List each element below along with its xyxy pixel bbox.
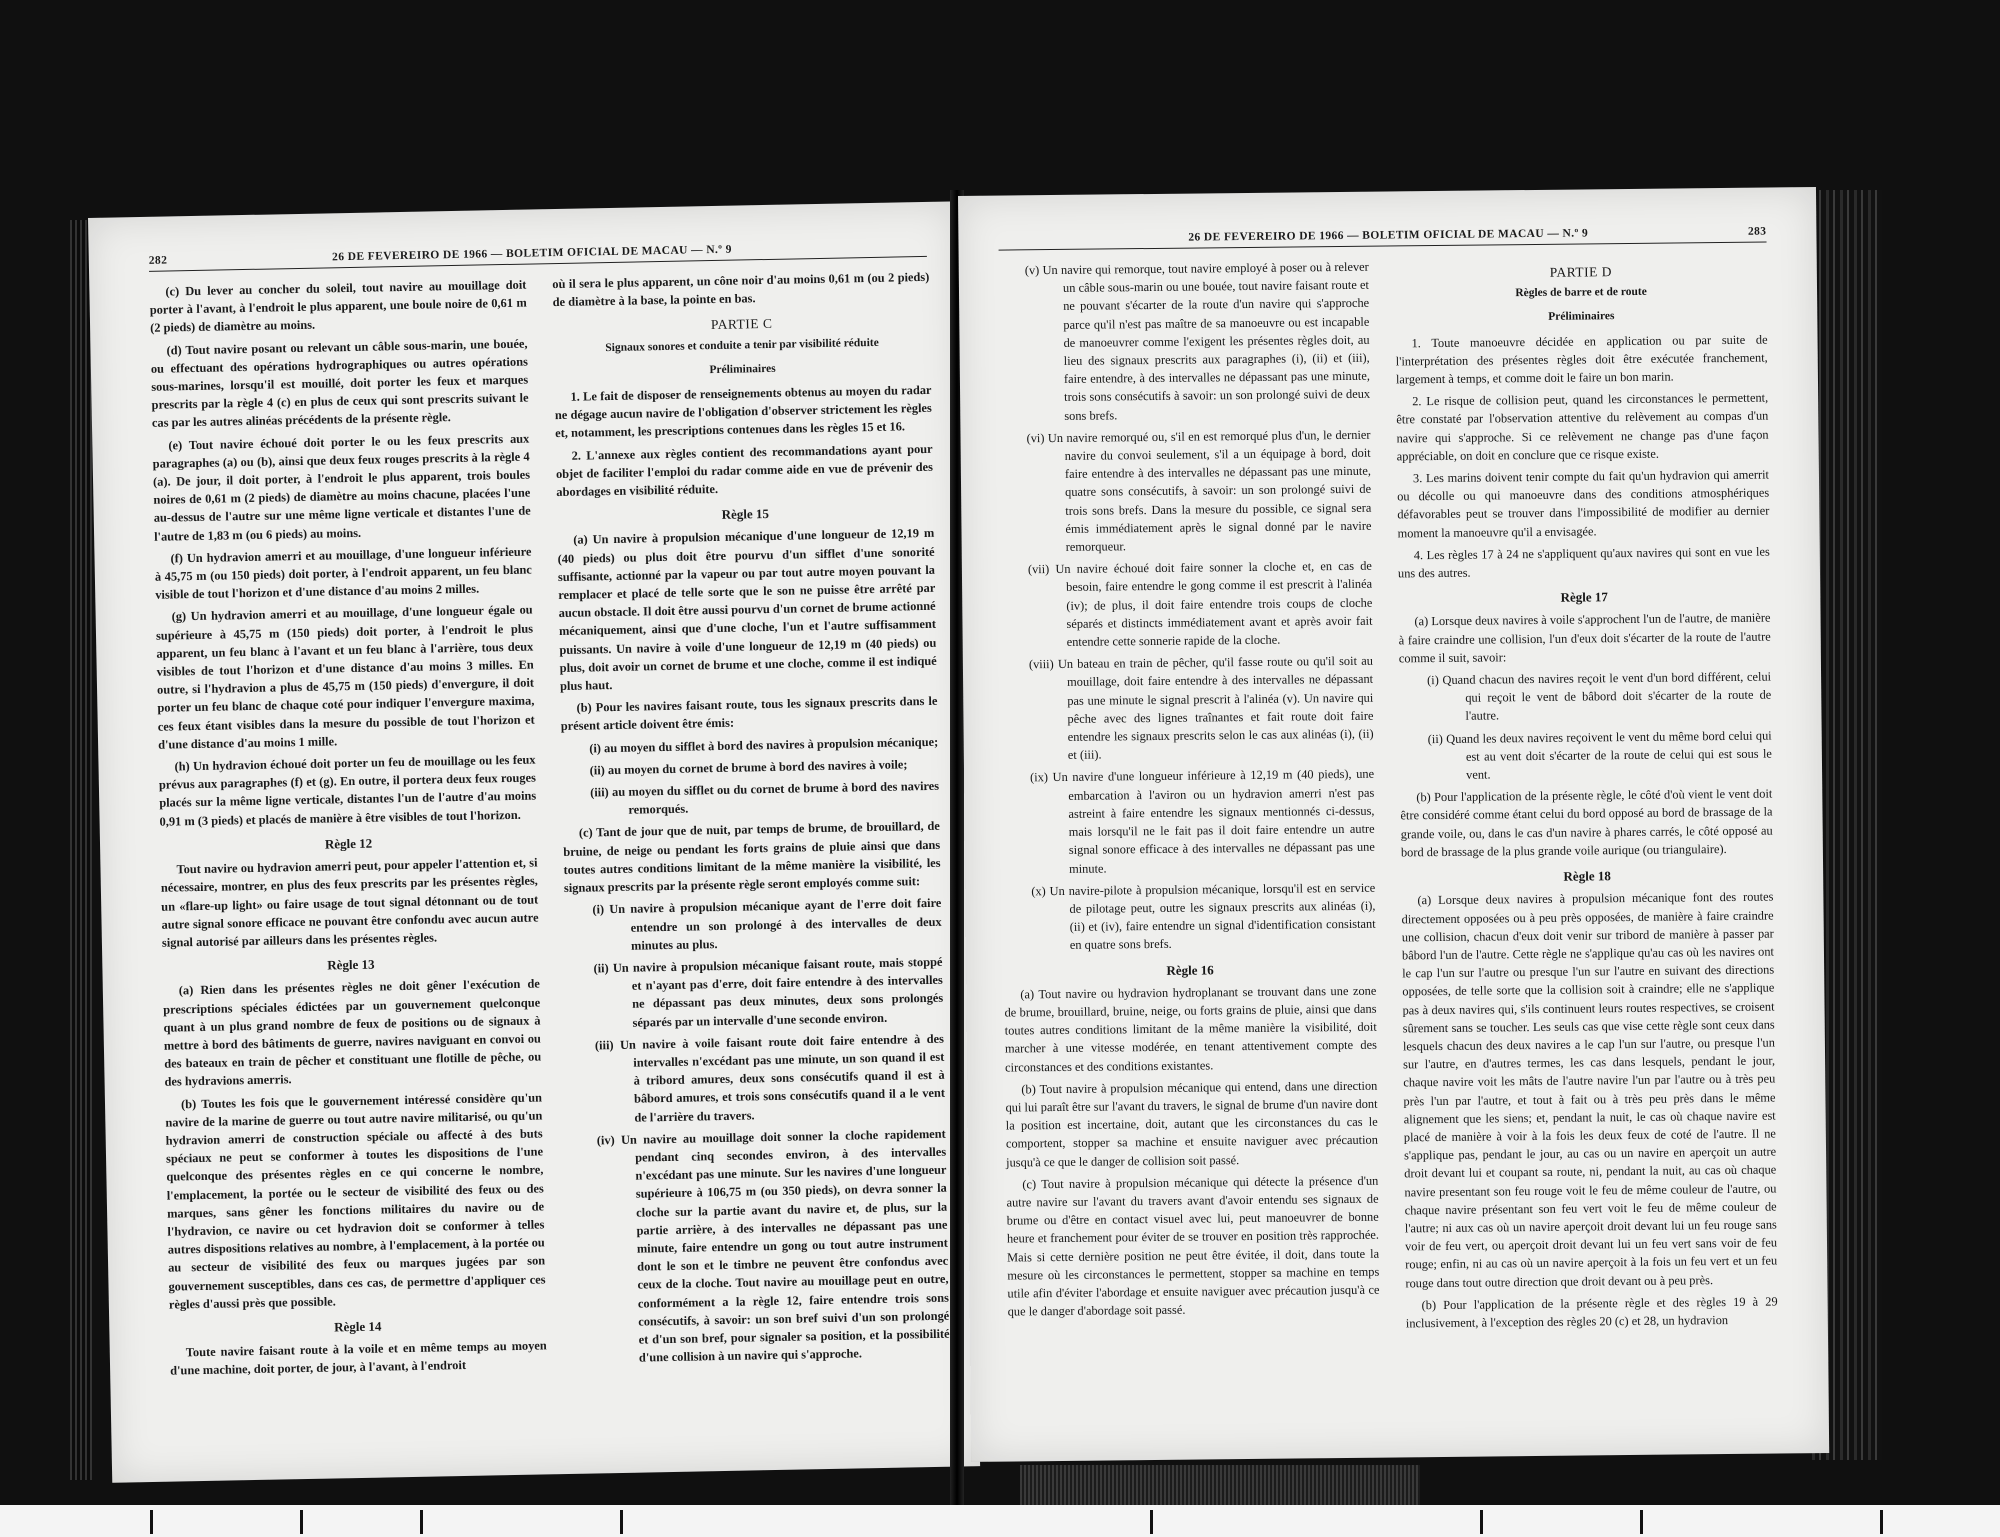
paragraph: Tout navire ou hydravion amerri peut, po… [160, 854, 539, 952]
sub-paragraph: (ix) Un navire d'une longueur inférieure… [1002, 765, 1375, 878]
handwriting-stroke [620, 1510, 623, 1534]
paragraph: (c) Du lever au concher du soleil, tout … [149, 276, 527, 338]
running-head-left: 282 26 DE FEVEREIRO DE 1966 — BOLETIM OF… [149, 240, 927, 272]
running-head-title-right: 26 DE FEVEREIRO DE 1966 — BOLETIM OFICIA… [1028, 226, 1748, 246]
paragraph: (h) Un hydravion échoué doit porter un f… [158, 751, 536, 831]
running-head-title-left: 26 DE FEVEREIRO DE 1966 — BOLETIM OFICIA… [167, 240, 897, 266]
sub-paragraph: (i) Quand chacun des navires reçoit le v… [1399, 668, 1772, 727]
paragraph: (d) Tout navire posant ou relevant un câ… [150, 334, 529, 432]
left-page-columns: (c) Du lever au concher du soleil, tout … [149, 268, 950, 1384]
page-number-left: 282 [149, 254, 168, 266]
sub-paragraph: (iv) Un navire au mouillage doit sonner … [569, 1124, 950, 1368]
paragraph: 1. Toute manoeuvre décidée en applicatio… [1395, 330, 1768, 389]
page-number-right: 283 [1748, 226, 1767, 238]
paragraph: (f) Un hydravion amerri et au mouillage,… [154, 542, 532, 604]
handwriting-stroke [420, 1510, 423, 1534]
left-page: 282 26 DE FEVEREIRO DE 1966 — BOLETIM OF… [88, 201, 980, 1482]
right-page-columns: (v) Un navire qui remorque, tout navire … [997, 254, 1778, 1341]
paragraph: (g) Un hydravion amerri et au mouillage,… [156, 601, 536, 754]
paragraph: 3. Les marins doivent tenir compte du fa… [1397, 466, 1770, 543]
handwriting-stroke [1640, 1510, 1643, 1534]
rule-heading: Règle 14 [169, 1314, 546, 1339]
paragraph: (a) Lorsque deux navires à propulsion mé… [1401, 888, 1777, 1292]
left-page-column-1: (c) Du lever au concher du soleil, tout … [149, 276, 547, 1385]
running-head-right: 26 DE FEVEREIRO DE 1966 — BOLETIM OFICIA… [998, 226, 1766, 251]
rule-heading: Règle 18 [1401, 866, 1773, 888]
right-page: 26 DE FEVEREIRO DE 1966 — BOLETIM OFICIA… [958, 187, 1829, 1462]
paragraph: (b) Pour l'application de la présente rè… [1400, 785, 1773, 862]
paragraph: Toute navire faisant route à la voile et… [170, 1337, 548, 1381]
paragraph: (b) Pour l'application de la présente rè… [1406, 1292, 1778, 1332]
paragraph: (a) Un navire à propulsion mécanique d'u… [557, 524, 937, 695]
sub-paragraph: (i) au moyen du sifflet à bord des navir… [561, 732, 938, 757]
left-page-column-2: où il sera le plus apparent, un cône noi… [552, 268, 950, 1377]
paragraph: (c) Tout navire à propulsion mécanique q… [1006, 1171, 1380, 1321]
paragraph: (a) Rien dans les présentes règles ne do… [163, 975, 542, 1091]
section-heading: PARTIE D [1395, 262, 1767, 284]
paragraph: 1. Le fait de disposer de renseignements… [554, 381, 932, 443]
sub-paragraph: (viii) Un bateau en train de pêcher, qu'… [1001, 652, 1374, 765]
paragraph: (a) Lorsque deux navires à voile s'appro… [1398, 609, 1771, 668]
paragraph: (a) Tout navire ou hydravion hydroplanan… [1004, 981, 1377, 1076]
rule-heading: Règle 17 [1398, 587, 1770, 609]
paragraph: 2. Le risque de collision peut, quand le… [1396, 389, 1769, 466]
rule-heading: Règle 13 [162, 953, 539, 978]
paragraph: (b) Tout navire à propulsion mécanique q… [1005, 1076, 1378, 1171]
sub-paragraph: (vi) Un navire remorqué ou, s'il en est … [998, 426, 1371, 557]
paragraph: (c) Tant de jour que de nuit, par temps … [563, 817, 941, 897]
rule-heading: Règle 16 [1004, 959, 1376, 981]
paragraph: (b) Toutes les fois que le gouvernement … [165, 1088, 546, 1314]
paragraph: (b) Pour les navires faisant route, tous… [560, 692, 938, 736]
sub-paragraph: (v) Un navire qui remorque, tout navire … [997, 258, 1371, 426]
handwriting-stroke [1880, 1510, 1883, 1534]
paragraph-continued: où il sera le plus apparent, un cône noi… [552, 268, 930, 312]
subheading: Préliminaires [1395, 306, 1767, 328]
paragraph: (e) Tout navire échoué doit porter le ou… [152, 429, 531, 545]
paragraph: 2. L'annexe aux règles contient des reco… [555, 439, 933, 501]
rule-heading: Règle 12 [160, 831, 537, 856]
handwriting-stroke [1150, 1510, 1153, 1534]
right-page-column-2: PARTIE DRègles de barre et de routePréli… [1395, 254, 1778, 1337]
sub-paragraph: (vii) Un navire échoué doit faire sonner… [1000, 557, 1373, 652]
rule-heading: Règle 15 [557, 502, 934, 527]
sub-paragraph: (iii) au moyen du sifflet ou du cornet d… [562, 777, 940, 821]
sub-paragraph: (ii) Un navire à propulsion mécanique fa… [565, 953, 943, 1033]
book-page-edges-left [70, 220, 92, 1480]
handwriting-stroke [150, 1510, 153, 1534]
book-bottom-edge [1020, 1465, 1420, 1505]
sub-paragraph: (ii) Quand les deux navires reçoivent le… [1400, 726, 1773, 785]
sub-paragraph: (iii) Un navire à voile faisant route do… [567, 1029, 946, 1127]
sub-paragraph: (x) Un navire-pilote à propulsion mécani… [1003, 878, 1376, 955]
right-page-column-1: (v) Un navire qui remorque, tout navire … [997, 258, 1380, 1341]
handwriting-stroke [1480, 1510, 1483, 1534]
subheading: Préliminaires [554, 357, 931, 382]
sub-paragraph: (ii) au moyen du cornet de brume à bord … [562, 755, 939, 780]
sub-paragraph: (i) Un navire à propulsion mécanique aya… [564, 894, 942, 956]
handwriting-stroke [300, 1510, 303, 1534]
subheading: Règles de barre et de route [1395, 282, 1767, 304]
paragraph: 4. Les règles 17 à 24 ne s'appliquent qu… [1398, 542, 1770, 582]
